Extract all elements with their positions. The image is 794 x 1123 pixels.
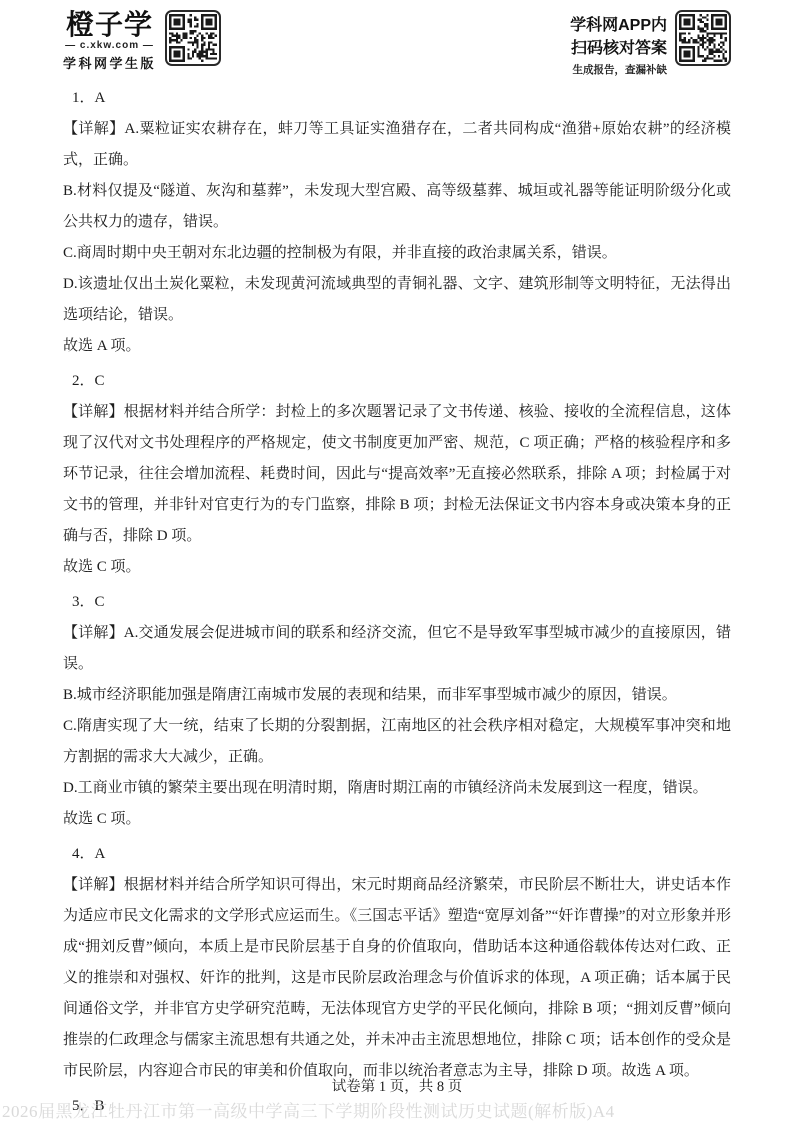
answer-number: 1．A [72, 83, 731, 114]
answer-block: 2．C【详解】根据材料并结合所学：封检上的多次题署记录了文书传递、核验、接收的全… [63, 366, 731, 583]
app-scan-line1: 学科网APP内 [570, 14, 667, 37]
answer-paragraph: 【详解】A.粟粒证实农耕存在，蚌刀等工具证实渔猎存在，二者共同构成“渔猎+原始农… [63, 114, 731, 176]
answer-paragraph: C.隋唐实现了大一统，结束了长期的分裂割据，江南地区的社会秩序相对稳定，大规模军… [63, 711, 731, 773]
brand-url: — c.xkw.com — [65, 40, 154, 51]
page-number-info: 试卷第 1 页，共 8 页 [332, 1079, 463, 1095]
answer-paragraph: 【详解】根据材料并结合所学知识可得出，宋元时期商品经济繁荣，市民阶层不断壮大，讲… [63, 870, 731, 1087]
watermark-text: 2026届黑龙江牡丹江市第一高级中学高三下学期阶段性测试历史试题(解析版)A4 [2, 1097, 615, 1122]
answer-paragraph: 【详解】根据材料并结合所学：封检上的多次题署记录了文书传递、核验、接收的全流程信… [63, 397, 731, 552]
answer-block: 3．C【详解】A.交通发展会促进城市间的联系和经济交流，但它不是导致军事型城市减… [63, 587, 731, 835]
answer-block: 4．A【详解】根据材料并结合所学知识可得出，宋元时期商品经济繁荣，市民阶层不断壮… [63, 839, 731, 1087]
answer-paragraph: B.材料仅提及“隧道、灰沟和墓葬”，未发现大型宫殿、高等级墓葬、城垣或礼器等能证… [63, 176, 731, 238]
answer-number: 3．C [72, 587, 731, 618]
answer-paragraph: 故选 C 项。 [63, 552, 731, 583]
answer-number: 2．C [72, 366, 731, 397]
qr-code-icon-student [165, 10, 221, 66]
answer-block: 1．A【详解】A.粟粒证实农耕存在，蚌刀等工具证实渔猎存在，二者共同构成“渔猎+… [63, 83, 731, 362]
qr-code-icon-answers [675, 10, 731, 66]
app-scan-line3: 生成报告，查漏补缺 [573, 62, 668, 77]
answers-section: 1．A【详解】A.粟粒证实农耕存在，蚌刀等工具证实渔猎存在，二者共同构成“渔猎+… [63, 83, 731, 1122]
app-scan-block: 学科网APP内 扫码核对答案 生成报告，查漏补缺 [570, 10, 731, 77]
answer-paragraph: 故选 A 项。 [63, 331, 731, 362]
app-scan-text: 学科网APP内 扫码核对答案 生成报告，查漏补缺 [570, 10, 667, 77]
brand-logo-text: 橙子学 [66, 10, 153, 39]
answer-paragraph: 【详解】A.交通发展会促进城市间的联系和经济交流，但它不是导致军事型城市减少的直… [63, 618, 731, 680]
answer-number: 4．A [72, 839, 731, 870]
document-page: 橙子学 — c.xkw.com — 学科网学生版 学科网APP内 扫码核对答案 … [0, 0, 794, 1123]
answer-paragraph: C.商周时期中央王朝对东北边疆的控制极为有限，并非直接的政治隶属关系，错误。 [63, 238, 731, 269]
brand-block: 橙子学 — c.xkw.com — 学科网学生版 [63, 10, 221, 72]
answer-paragraph: D.工商业市镇的繁荣主要出现在明清时期，隋唐时期江南的市镇经济尚未发展到这一程度… [63, 773, 731, 804]
page-footer: 试卷第 1 页，共 8 页 [0, 1075, 794, 1096]
page-header: 橙子学 — c.xkw.com — 学科网学生版 学科网APP内 扫码核对答案 … [63, 10, 731, 76]
answer-paragraph: D.该遗址仅出土炭化粟粒，未发现黄河流域典型的青铜礼器、文字、建筑形制等文明特征… [63, 269, 731, 331]
app-scan-line2: 扫码核对答案 [571, 37, 667, 60]
brand-subtitle: 学科网学生版 [63, 53, 156, 72]
brand-text: 橙子学 — c.xkw.com — 学科网学生版 [63, 10, 156, 72]
answer-paragraph: 故选 C 项。 [63, 804, 731, 835]
answer-paragraph: B.城市经济职能加强是隋唐江南城市发展的表现和结果，而非军事型城市减少的原因，错… [63, 680, 731, 711]
